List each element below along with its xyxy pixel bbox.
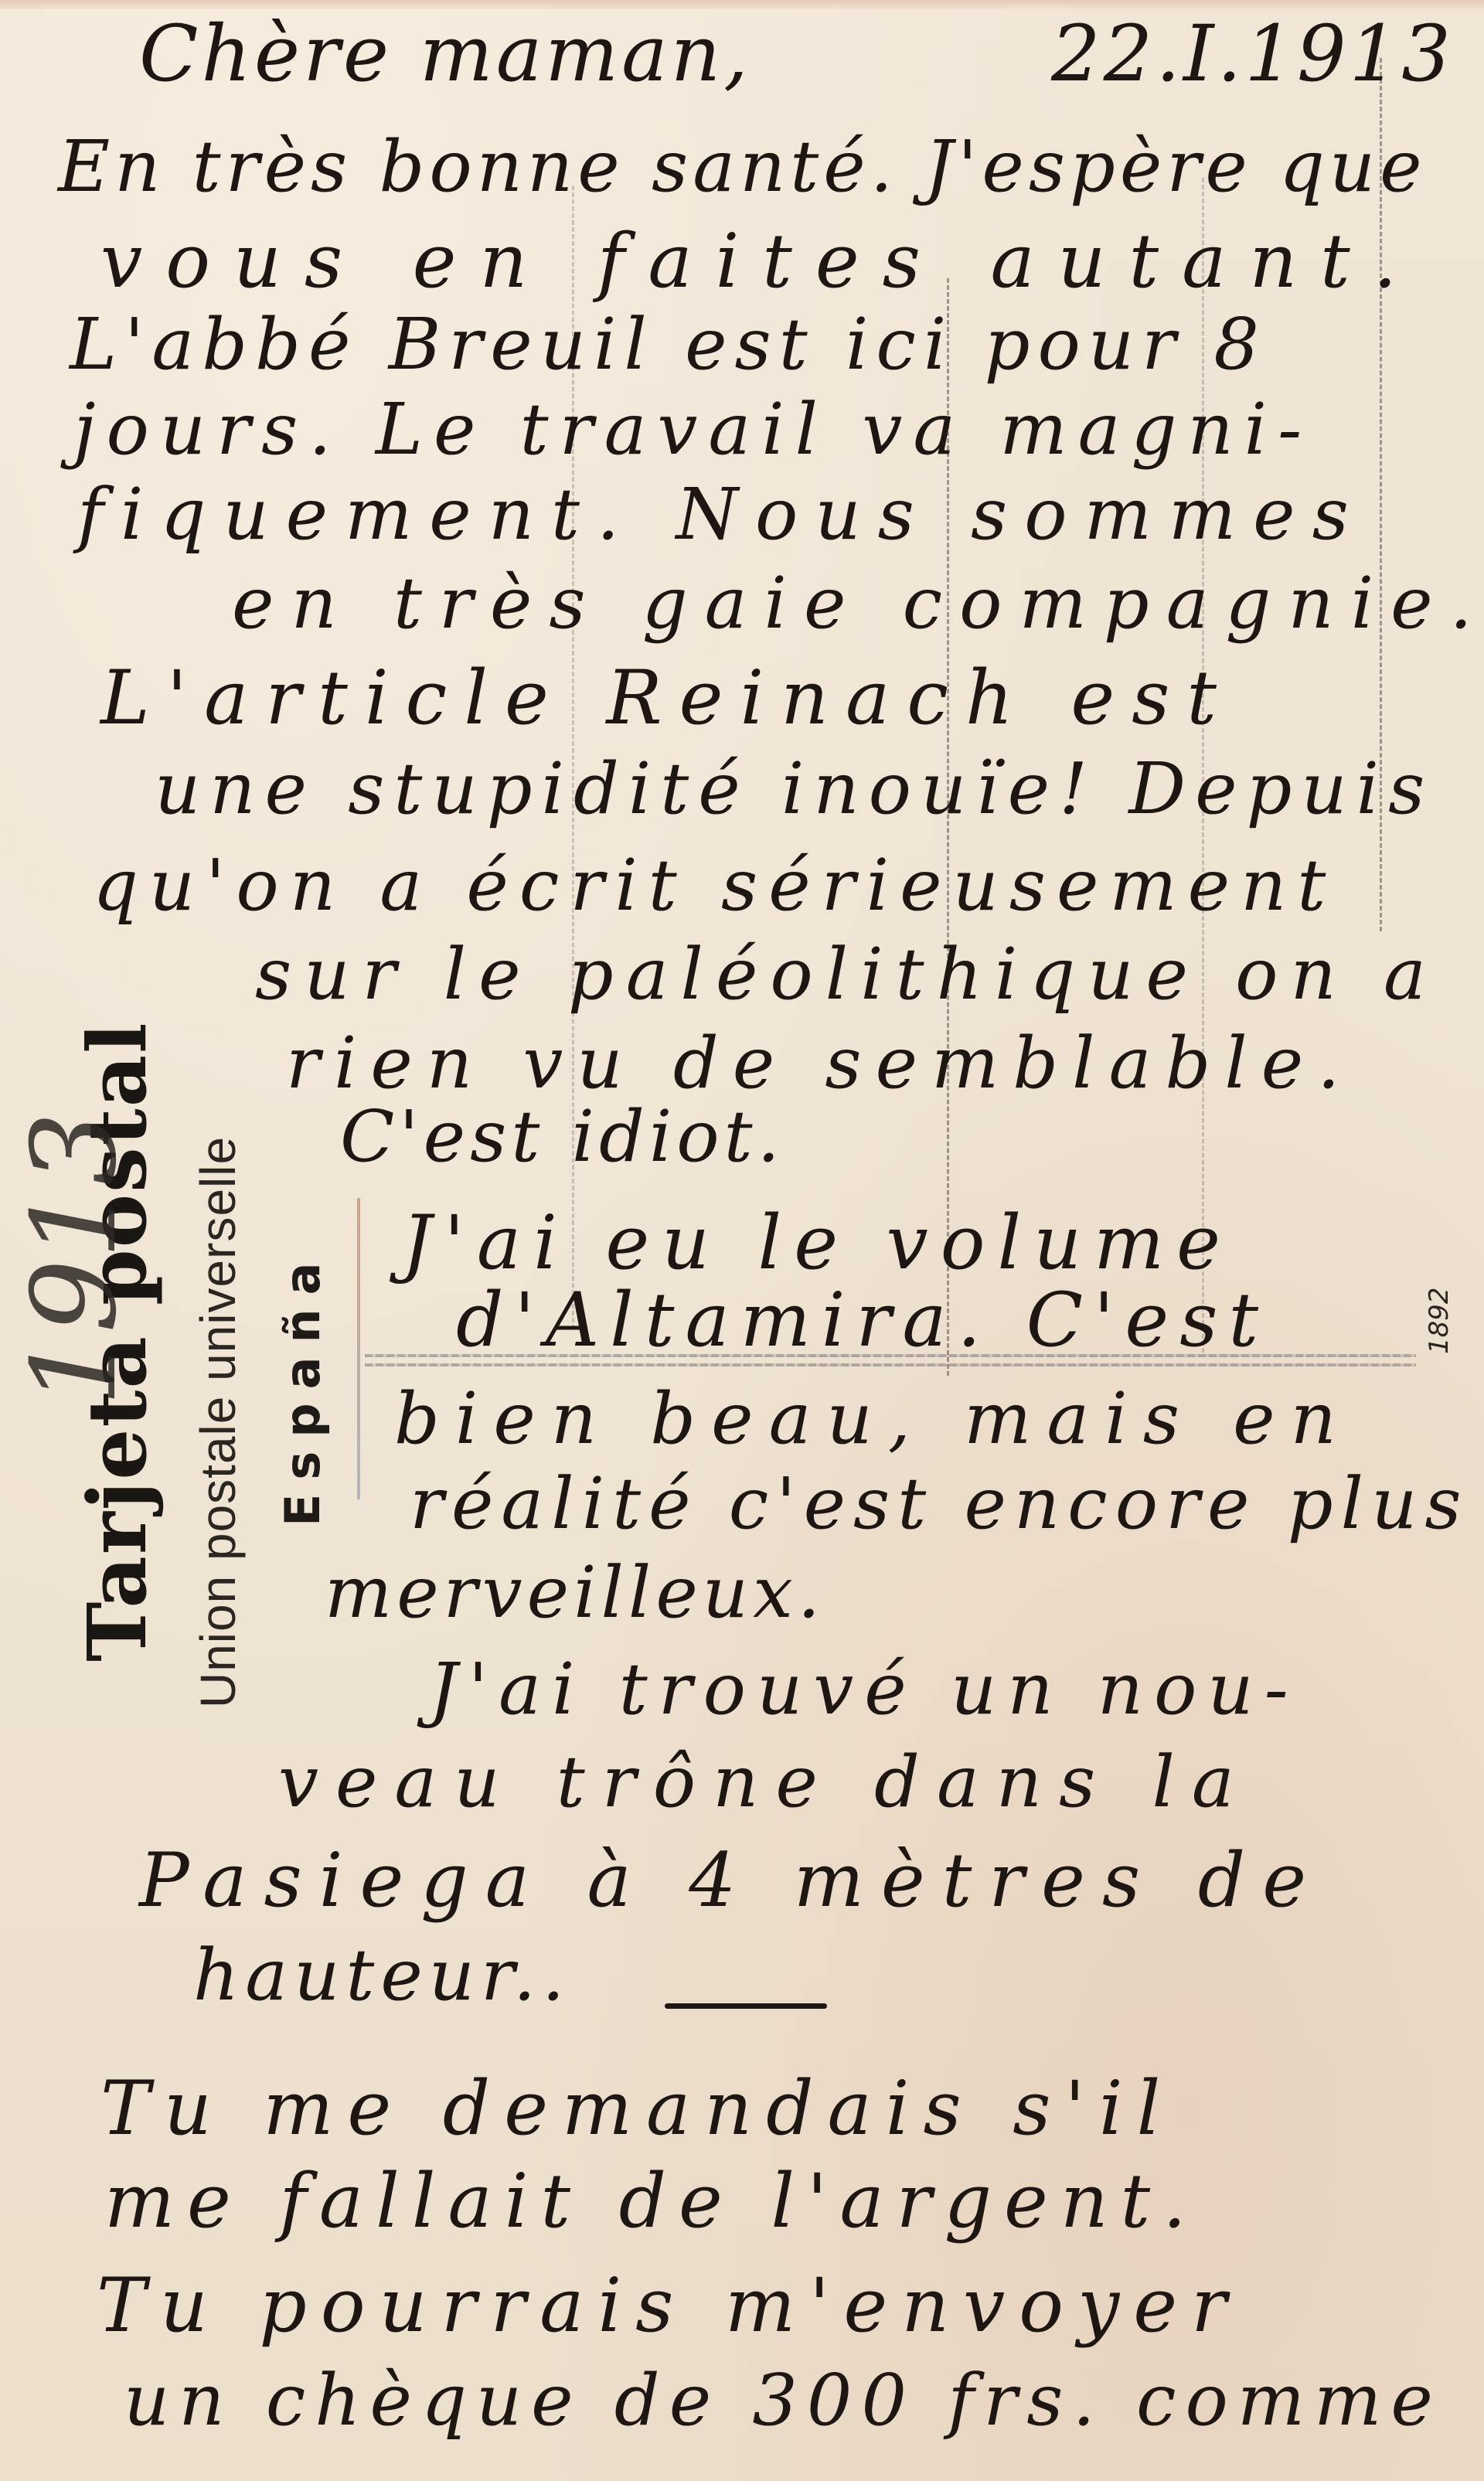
letter-line: C'est idiot. xyxy=(340,1101,785,1172)
letter-line: hauteur.. xyxy=(193,1940,570,2011)
letter-line: en très gaie compagnie. xyxy=(232,568,1484,639)
postcard-back: Tarjeta postal Union postale universelle… xyxy=(0,0,1484,2481)
letter-line: L'abbé Breuil est ici pour 8 xyxy=(70,309,1267,380)
letter-line: bien beau, mais en xyxy=(394,1383,1352,1455)
letter-line: Tu me demandais s'il xyxy=(100,2071,1174,2146)
letter-line: jours. Le travail va magni- xyxy=(73,394,1312,465)
letter-line: me fallait de l'argent. xyxy=(104,2164,1199,2238)
vertical-rule xyxy=(357,1198,360,1499)
letter-date: 22.I.1913 xyxy=(1051,15,1454,93)
letter-line: En très bonne santé. J'espère que xyxy=(58,131,1427,202)
letter-line: réalité c'est encore plus xyxy=(410,1469,1469,1540)
letter-line: Tu pourrais m'envoyer xyxy=(97,2268,1241,2343)
letter-line: vous en faites autant. xyxy=(100,224,1420,298)
letter-line: une stupidité inouïe! Depuis xyxy=(155,754,1434,825)
letter-line: sur le paléolithique on a xyxy=(255,939,1438,1010)
horizontal-rule xyxy=(365,1363,1416,1366)
dash-stroke xyxy=(665,2003,827,2009)
letter-line: d'Altamira. C'est xyxy=(456,1283,1269,1357)
year-annotation: 1913 xyxy=(8,1111,142,1407)
letter-line: qu'on a écrit sérieusement xyxy=(93,850,1336,921)
letter-line: L'article Reinach est xyxy=(100,661,1234,735)
salutation: Chère maman, xyxy=(139,15,751,93)
letter-line: J'ai eu le volume xyxy=(402,1206,1233,1280)
letter-line: fiquement. Nous sommes xyxy=(77,479,1366,550)
printed-union-postale: Union postale universelle xyxy=(189,1136,247,1708)
letter-line: Pasiega à 4 mètres de xyxy=(139,1843,1323,1918)
letter-line: veau trône dans la xyxy=(278,1747,1251,1818)
printed-number: 1892 xyxy=(1424,1287,1455,1354)
letter-line: J'ai trouvé un nou- xyxy=(429,1654,1299,1725)
letter-line: un chèque de 300 frs. comme xyxy=(124,2365,1442,2436)
printed-country: España xyxy=(274,1249,331,1526)
letter-line: merveilleux. xyxy=(325,1557,825,1628)
letter-line: rien vu de semblable. xyxy=(286,1028,1353,1099)
